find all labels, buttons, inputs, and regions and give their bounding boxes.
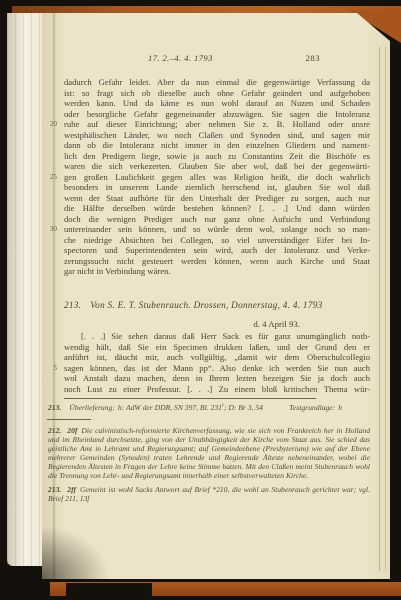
line-text: spectoren und Superintendenten sein wird… [64, 245, 370, 255]
line-text: che niedrige Absichten bei Collegen, so … [64, 235, 370, 245]
line-text: oder besorgliche Gefahr gegeneinander ab… [64, 109, 370, 119]
text-line: wol Anstalt dazu machen, denn in Ihrem l… [64, 373, 370, 384]
source-text: h: AdW der DDR, SN 397, Bl. 231 [118, 403, 222, 412]
line-text: doch die wenigen Prediger auch nur ganz … [64, 214, 370, 224]
page-corner-shadow [42, 524, 112, 579]
line-text: wol Anstalt dazu machen, denn in Ihrem l… [64, 373, 370, 383]
letter-heading-number: 213. [64, 300, 81, 310]
text-line: zerungssucht nicht gesteuert werden könn… [64, 256, 370, 267]
page-number: 283 [306, 53, 320, 63]
book-page: 17. 2.–4. 4. 1793 283 dadurch Gefahr lei… [42, 13, 390, 579]
text-line: doch die wenigen Prediger auch nur ganz … [64, 214, 370, 225]
text-line: ist: so fragt sich ob dieselbe auch ohne… [64, 88, 370, 99]
footnote-line-ref: 20f [67, 426, 77, 435]
cover-shadow-notch [66, 583, 152, 596]
apparatus-line: 213. Überlieferung:h: AdW der DDR, SN 39… [48, 403, 370, 413]
text-line: 20ruhe auf dieser Einrichtung; aber nehm… [64, 119, 370, 130]
line-text: die Hälfte derselben würde bestehen könn… [64, 203, 370, 213]
apparatus-source: Überlieferung:h: AdW der DDR, SN 397, Bl… [69, 403, 263, 413]
line-text: westphälischen Länder, wo noch Claßen un… [64, 130, 370, 140]
text-line: 30untereinander sein können, und so würd… [64, 224, 370, 235]
book-scan: 17. 2.–4. 4. 1793 283 dadurch Gefahr lei… [0, 0, 401, 600]
basis-text: h [338, 403, 342, 412]
footnote: 212.20fDie calvinistisch-reformierte Kir… [48, 426, 370, 480]
text-line: gar nicht in Verbindung wären. [64, 266, 370, 277]
page-header: 17. 2.–4. 4. 1793 283 [64, 53, 370, 65]
text-line: che niedrige Absichten bei Collegen, so … [64, 235, 370, 246]
text-line: wendig hält, daß Sie ein Specimen drukke… [64, 342, 370, 353]
line-text: dadurch Gefahr leidet. Aber da nun einma… [64, 77, 370, 87]
line-text: sagen können, das ist der Mann pp“. Also… [64, 363, 370, 373]
text-line: 25gen großen Laulichkeit gegen alles was… [64, 172, 370, 183]
text-line: anführt ist, däucht mir, auch vollgültig… [64, 352, 370, 363]
line-text: dann ob die Intoleranz nicht immer in de… [64, 140, 370, 150]
letter-213-body: [. . .] Sie sehen daraus daß Herr Sack e… [64, 331, 370, 394]
fore-edge-lines [379, 47, 386, 571]
text-line: wenn der Staat aufhörte für den Unterhal… [64, 193, 370, 204]
line-text: wendig hält, daß Sie ein Specimen drukke… [64, 342, 370, 352]
footnote-number: 212. [48, 426, 61, 435]
footnote-number: 213. [48, 485, 61, 494]
footnote-separator-rule [47, 419, 91, 420]
text-line: westphälischen Länder, wo noch Claßen un… [64, 130, 370, 141]
text-line: besonders in unserem Lande ziemlich herr… [64, 182, 370, 193]
line-text: lich den Predigern liege, sowie ja auch … [64, 151, 370, 161]
letter-dateline: d. 4 April 93. [64, 319, 300, 329]
text-line: spectoren und Superintendenten sein wird… [64, 245, 370, 256]
text-line: dann ob die Intoleranz nicht immer in de… [64, 140, 370, 151]
footnote-text: Gemeint ist wohl Sacks Antwort auf Brief… [48, 485, 370, 503]
text-line: dadurch Gefahr leidet. Aber da nun einma… [64, 77, 370, 88]
footnote-line-ref: 2ff [67, 485, 76, 494]
line-text: [. . .] Sie sehen daraus daß Herr Sack e… [81, 331, 370, 341]
apparatus-number: 213. [48, 403, 61, 413]
text-line: werden kann. Und da käme es nun wohl dar… [64, 98, 370, 109]
text-line: oder besorgliche Gefahr gegeneinander ab… [64, 109, 370, 120]
facing-page-edge [7, 13, 45, 566]
line-text: werden kann. Und da käme es nun wohl dar… [64, 98, 370, 108]
line-text: wenn der Staat aufhörte für den Unterhal… [64, 193, 370, 203]
line-text: waren die sich verkezerten. Glauben Sie … [64, 161, 370, 171]
basis-label: Textgrundlage: [289, 403, 335, 412]
source-label: Überlieferung: [69, 403, 115, 412]
letter-heading: 213.Von S. E. T. Stubenrauch. Drossen, D… [64, 300, 370, 310]
footnote-text: Die calvinistisch-reformierte Kirchenver… [48, 426, 370, 480]
letter-heading-title: Von S. E. T. Stubenrauch. Drossen, Donne… [90, 300, 322, 310]
footnote: 213.2ffGemeint ist wohl Sacks Antwort au… [48, 485, 370, 503]
text-line: die Hälfte derselben würde bestehen könn… [64, 203, 370, 214]
footnotes-section: 212.20fDie calvinistisch-reformierte Kir… [48, 426, 370, 508]
line-text: gen großen Laulichkeit gegen alles was R… [64, 172, 370, 182]
letter-212-body: dadurch Gefahr leidet. Aber da nun einma… [64, 77, 370, 277]
source-tail: ; D: Br 3, 54 [224, 403, 263, 412]
line-text: ruhe auf dieser Einrichtung; aber nehmen… [64, 119, 370, 129]
apparatus-basis: Textgrundlage:h [289, 403, 342, 413]
line-text: ist: so fragt sich ob dieselbe auch ohne… [64, 88, 370, 98]
line-text: besonders in unserem Lande ziemlich herr… [64, 182, 370, 192]
line-text: gar nicht in Verbindung wären. [64, 266, 171, 276]
text-line: lich den Predigern liege, sowie ja auch … [64, 151, 370, 162]
line-text: noch Lust zu einer Professur. [. . .] Zu… [64, 384, 370, 394]
apparatus-rule [64, 398, 316, 399]
line-text: zerungssucht nicht gesteuert werden könn… [64, 256, 370, 266]
running-header: 17. 2.–4. 4. 1793 [148, 53, 213, 63]
text-line: noch Lust zu einer Professur. [. . .] Zu… [64, 384, 370, 395]
line-text: anführt ist, däucht mir, auch vollgültig… [64, 352, 370, 362]
line-text: untereinander sein können, und so würde … [64, 224, 370, 234]
text-line: waren die sich verkezerten. Glauben Sie … [64, 161, 370, 172]
text-line: 5sagen können, das ist der Mann pp“. Als… [64, 363, 370, 374]
text-line: [. . .] Sie sehen daraus daß Herr Sack e… [64, 331, 370, 342]
